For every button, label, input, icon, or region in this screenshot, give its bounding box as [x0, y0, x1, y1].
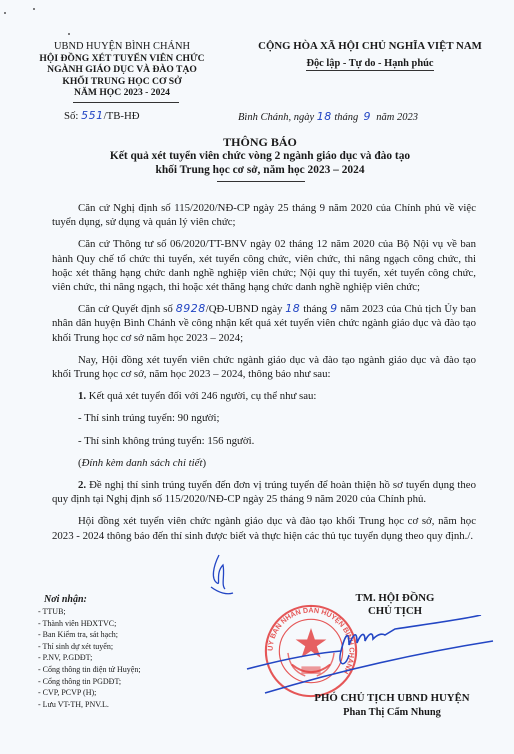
issuing-organization: UBND HUYỆN BÌNH CHÁNH HỘI ĐỒNG XÉT TUYỂN…: [22, 41, 222, 99]
recipient-item: - CVP, PCVP (H);: [38, 687, 238, 699]
text: Căn cứ Quyết định số: [78, 303, 176, 315]
passed-count: - Thí sinh trúng tuyển: 90 người;: [52, 411, 476, 425]
scan-speck: [33, 8, 35, 10]
date-month-handwritten: 9: [364, 110, 372, 123]
scan-speck: [4, 12, 6, 14]
item-number: 2.: [78, 479, 86, 491]
legal-basis-3: Căn cứ Quyết định số 8928/QĐ-UBND ngày 1…: [52, 302, 476, 345]
text: tháng: [300, 303, 330, 315]
decision-number-handwritten: 8928: [176, 302, 206, 315]
org-line: NĂM HỌC 2023 - 2024: [22, 87, 222, 99]
legal-basis-2: Căn cứ Thông tư số 06/2020/TT-BNV ngày 0…: [52, 237, 476, 294]
document-title: THÔNG BÁO Kết quả xét tuyển viên chức vò…: [60, 135, 460, 177]
recipient-item: - Thí sinh dự xét tuyển;: [38, 641, 238, 653]
decision-month-handwritten: 9: [330, 302, 338, 315]
signer-title: PHÓ CHỦ TỊCH UBND HUYỆN: [272, 692, 512, 704]
recipient-item: - Cổng thông tin PGDĐT;: [38, 676, 238, 688]
org-line: KHỐI TRUNG HỌC CƠ SỞ: [22, 76, 222, 88]
document-number: Số: 551/TB-HĐ: [64, 109, 140, 122]
instruction: 2. Đề nghị thí sinh trúng tuyển đến đơn …: [52, 478, 476, 506]
doc-number-handwritten: 551: [81, 109, 104, 122]
national-heading: CỘNG HÒA XÃ HỘI CHỦ NGHĨA VIỆT NAM Độc l…: [232, 40, 508, 71]
subject-line-2: khối Trung học cơ sở, năm học 2023 – 202…: [60, 163, 460, 177]
recipient-item: - Lưu VT-TH, PNV.L.: [38, 699, 238, 711]
doc-number-suffix: /TB-HĐ: [104, 110, 140, 122]
handwritten-signature: [245, 615, 495, 695]
text: Đề nghị thí sinh trúng tuyển đến đơn vị …: [52, 479, 476, 505]
signer-name: Phan Thị Cẩm Nhung: [272, 707, 512, 718]
subject-line-1: Kết quả xét tuyển viên chức vòng 2 ngành…: [60, 149, 460, 163]
issue-date: Bình Chánh, ngày 18 tháng 9 năm 2023: [238, 110, 418, 123]
org-line: NGÀNH GIÁO DỤC VÀ ĐÀO TẠO: [22, 64, 222, 76]
title-divider: [217, 181, 305, 182]
org-parent: UBND HUYỆN BÌNH CHÁNH: [22, 41, 222, 53]
text: Đính kèm danh sách chi tiết: [82, 457, 203, 469]
date-day-handwritten: 18: [317, 110, 332, 123]
date-place: Bình Chánh, ngày: [238, 112, 314, 123]
closing-statement: Hội đồng xét tuyển viên chức ngành giáo …: [52, 514, 476, 542]
failed-count: - Thí sinh không trúng tuyển: 156 người.: [52, 434, 476, 448]
header-divider: [73, 102, 179, 103]
recipients-list: Nơi nhận: - TTUB; - Thành viên HĐXTVC; -…: [38, 594, 238, 710]
doc-type: THÔNG BÁO: [60, 135, 460, 149]
attachment-note: (Đính kèm danh sách chi tiết): [52, 456, 476, 470]
document-page: UBND HUYỆN BÌNH CHÁNH HỘI ĐỒNG XÉT TUYỂN…: [0, 0, 514, 754]
recipient-item: - Cổng thông tin điện tử Huyện;: [38, 664, 238, 676]
result-summary: 1. Kết quả xét tuyển đối với 246 người, …: [52, 389, 476, 403]
org-line: HỘI ĐỒNG XÉT TUYỂN VIÊN CHỨC: [22, 53, 222, 65]
document-body: Căn cứ Nghị định số 115/2020/NĐ-CP ngày …: [52, 201, 476, 551]
legal-basis-1: Căn cứ Nghị định số 115/2020/NĐ-CP ngày …: [52, 201, 476, 229]
on-behalf-label: TM. HỘI ĐỒNG: [300, 592, 490, 605]
recipients-heading: Nơi nhận:: [44, 594, 238, 606]
doc-number-prefix: Số:: [64, 110, 78, 122]
text: Kết quả xét tuyển đối với 246 người, cụ …: [86, 390, 316, 402]
date-month-label: tháng: [334, 112, 358, 123]
recipient-item: - P.NV, P.GDĐT;: [38, 652, 238, 664]
decision-day-handwritten: 18: [285, 302, 300, 315]
recipient-item: - TTUB;: [38, 606, 238, 618]
date-year: năm 2023: [376, 112, 418, 123]
national-motto: Độc lập - Tự do - Hạnh phúc: [306, 57, 433, 71]
text: ): [202, 457, 206, 469]
announcement-intro: Nay, Hội đồng xét tuyển viên chức ngành …: [52, 353, 476, 381]
recipient-item: - Thành viên HĐXTVC;: [38, 618, 238, 630]
item-number: 1.: [78, 390, 86, 402]
nation-name: CỘNG HÒA XÃ HỘI CHỦ NGHĨA VIỆT NAM: [232, 40, 508, 53]
text: /QĐ-UBND ngày: [206, 303, 286, 315]
scan-speck: [68, 33, 70, 35]
recipient-item: - Ban Kiểm tra, sát hạch;: [38, 629, 238, 641]
